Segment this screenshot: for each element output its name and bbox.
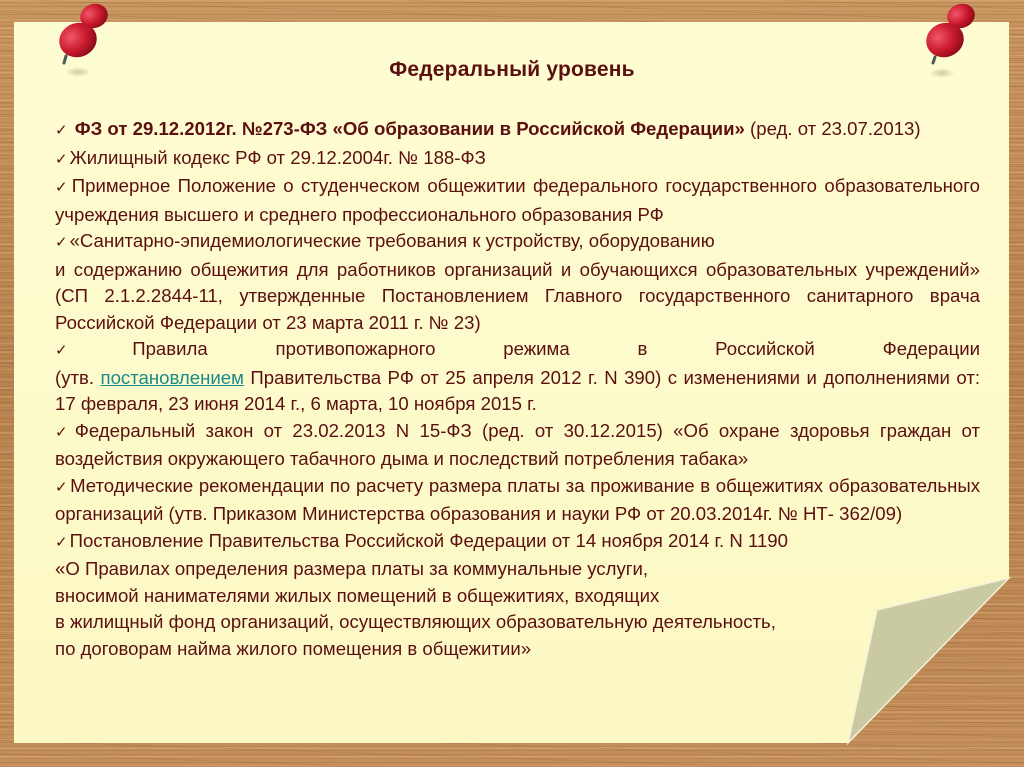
item-line: вносимой нанимателями жилых помещений в … xyxy=(55,583,980,610)
law-revision: (ред. от 23.07.2013) xyxy=(745,118,921,139)
list-item: ✓Жилищный кодекс РФ от 29.12.2004г. № 18… xyxy=(55,145,980,174)
item-text: Жилищный кодекс РФ от 29.12.2004г. № 188… xyxy=(70,147,486,168)
item-text: Методические рекомендации по расчету раз… xyxy=(55,475,980,525)
resolution-link[interactable]: постановлением xyxy=(101,367,244,388)
item-text: Примерное Положение о студенческом общеж… xyxy=(55,175,980,225)
checkmark-icon: ✓ xyxy=(55,122,68,139)
checkmark-icon: ✓ xyxy=(55,424,73,441)
item-text: и содержанию общежития для работников ор… xyxy=(55,259,980,333)
list-item: ✓«Санитарно-эпидемиологические требовани… xyxy=(55,228,980,336)
item-line: Постановление Правительства Российской Ф… xyxy=(70,530,788,551)
item-text-line1: Правила противопожарного режима в Россий… xyxy=(132,338,980,359)
item-text: Федеральный закон от 23.02.2013 N 15-ФЗ … xyxy=(55,420,980,470)
item-line: «О Правилах определения размера платы за… xyxy=(55,556,980,583)
list-item: ✓ ФЗ от 29.12.2012г. №273-ФЗ «Об образов… xyxy=(55,116,980,145)
list-item: ✓Федеральный закон от 23.02.2013 N 15-ФЗ… xyxy=(55,418,980,473)
legal-acts-list: ✓ ФЗ от 29.12.2012г. №273-ФЗ «Об образов… xyxy=(55,116,980,662)
page-title: Федеральный уровень xyxy=(0,58,1024,82)
item-text-line1: «Санитарно-эпидемиологические требования… xyxy=(70,230,715,251)
checkmark-icon: ✓ xyxy=(55,151,68,168)
item-line: по договорам найма жилого помещения в об… xyxy=(55,636,980,663)
checkmark-icon: ✓ xyxy=(55,179,70,196)
checkmark-icon: ✓ xyxy=(55,342,130,359)
item-line: в жилищный фонд организаций, осуществляю… xyxy=(55,609,980,636)
list-item: ✓Правила противопожарного режима в Росси… xyxy=(55,336,980,418)
law-title: ФЗ от 29.12.2012г. №273-ФЗ «Об образован… xyxy=(75,118,745,139)
list-item: ✓Постановление Правительства Российской … xyxy=(55,528,980,663)
checkmark-icon: ✓ xyxy=(55,534,68,551)
list-item: ✓Примерное Положение о студенческом обще… xyxy=(55,173,980,228)
checkmark-icon: ✓ xyxy=(55,234,68,251)
list-item: ✓Методические рекомендации по расчету ра… xyxy=(55,473,980,528)
checkmark-icon: ✓ xyxy=(55,479,68,496)
item-text-before-link: (утв. xyxy=(55,367,101,388)
